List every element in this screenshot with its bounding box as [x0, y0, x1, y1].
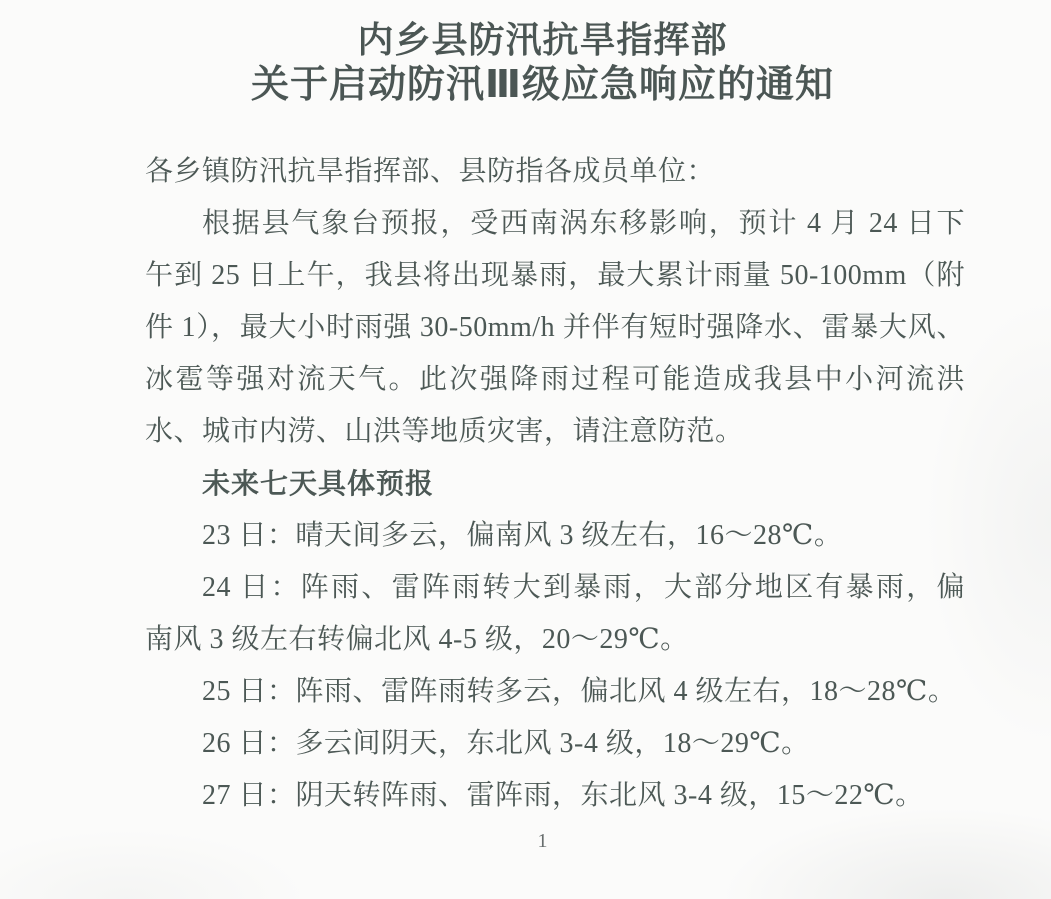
salutation-line: 各乡镇防汛抗旱指挥部、县防指各成员单位：	[145, 146, 965, 198]
forecast-line-day25: 25 日：阵雨、雷阵雨转多云，偏北风 4 级左右，18～28℃。	[145, 666, 965, 718]
text-line: 冰雹等强对流天气。此次强降雨过程可能造成我县中小河流洪	[145, 354, 965, 406]
text-line: 件 1），最大小时雨强 30-50mm/h 并伴有短时强降水、雷暴大风、	[145, 302, 965, 354]
title-issuer-line: 内乡县防汛抗旱指挥部	[70, 18, 1015, 62]
page-number: 1	[0, 830, 1051, 853]
forecast-line-day26: 26 日：多云间阴天，东北风 3-4 级，18～29℃。	[145, 718, 965, 770]
forecast-line-day24: 24 日：阵雨、雷阵雨转大到暴雨，大部分地区有暴雨，偏	[145, 562, 965, 614]
text-line: 水、城市内涝、山洪等地质灾害，请注意防范。	[145, 406, 965, 458]
title-subject-line: 关于启动防汛Ⅲ级应急响应的通知	[70, 62, 1015, 108]
document-title: 内乡县防汛抗旱指挥部 关于启动防汛Ⅲ级应急响应的通知	[70, 18, 1015, 108]
text-line: 根据县气象台预报，受西南涡东移影响，预计 4 月 24 日下	[145, 198, 965, 250]
notice-document-page: 内乡县防汛抗旱指挥部 关于启动防汛Ⅲ级应急响应的通知 各乡镇防汛抗旱指挥部、县防…	[0, 0, 1051, 899]
forecast-line-day23: 23 日：晴天间多云，偏南风 3 级左右，16～28℃。	[145, 510, 965, 562]
forecast-heading: 未来七天具体预报	[145, 458, 965, 510]
forecast-line-day27: 27 日：阴天转阵雨、雷阵雨，东北风 3-4 级，15～22℃。	[145, 770, 965, 822]
text-line: 午到 25 日上午，我县将出现暴雨，最大累计雨量 50-100mm（附	[145, 250, 965, 302]
document-body: 各乡镇防汛抗旱指挥部、县防指各成员单位： 根据县气象台预报，受西南涡东移影响，预…	[145, 146, 965, 822]
forecast-line-day24-cont: 南风 3 级左右转偏北风 4-5 级，20～29℃。	[145, 614, 965, 666]
